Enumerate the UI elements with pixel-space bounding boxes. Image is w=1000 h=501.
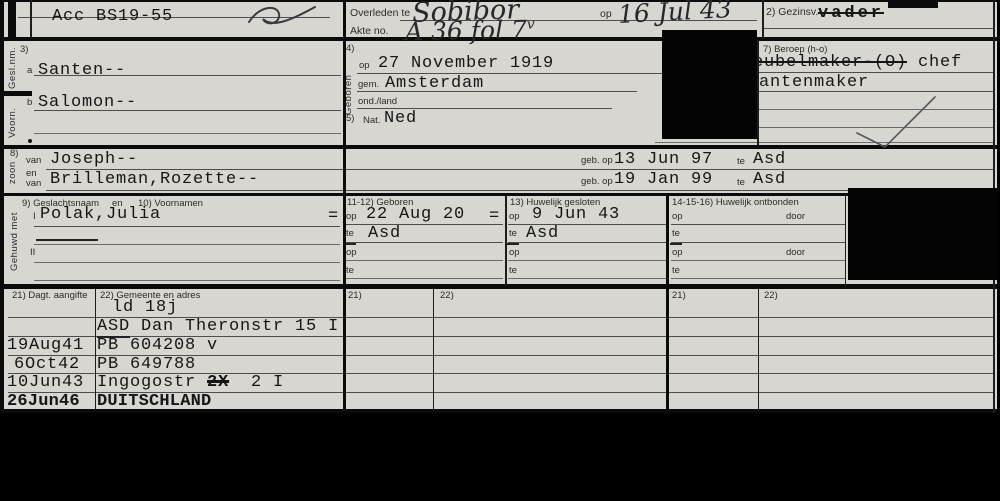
ruled-line	[34, 133, 341, 134]
field-b-label: b	[27, 98, 32, 108]
addr-struck: 2X	[207, 373, 229, 392]
ruled-line	[508, 260, 666, 261]
spouse-birth-date: 22 Aug 20	[366, 206, 465, 223]
surname-value: Santen--	[38, 62, 126, 79]
mother-name: Brilleman,Rozette--	[50, 171, 259, 188]
ruled-line	[34, 262, 340, 263]
op-label: op	[600, 9, 612, 20]
geboren-te-label: te	[346, 229, 354, 239]
divider-marriage-col4	[845, 196, 846, 286]
marriage-date: 9 Jun 43	[532, 206, 620, 223]
gesloten-te-label: te	[509, 229, 517, 239]
card-paper: Acc BS19-55 Overleden te Sobibor op 16 J…	[0, 0, 997, 413]
divider-top-right	[762, 0, 764, 37]
firstname-value: Salomon--	[38, 94, 137, 111]
register-row-addr: ASD Dan Theronstr 15 I	[97, 318, 339, 335]
ruled-line	[345, 278, 503, 279]
ontbonden-op-label: op	[672, 212, 683, 222]
geboren-op-label: op	[346, 212, 357, 222]
corner-mark	[888, 0, 938, 8]
divider-register-1	[95, 289, 96, 409]
ruled-line	[671, 260, 845, 261]
register-row-date: 19Aug41	[7, 337, 84, 354]
ruled-line	[655, 142, 993, 143]
register-header-21b: 21)	[348, 291, 362, 301]
van2-label: van	[26, 179, 41, 189]
field-a-label: a	[27, 66, 32, 76]
ruled-line	[34, 244, 340, 245]
register-row-addr: PB 649788	[97, 356, 196, 373]
ruled-line	[508, 278, 666, 279]
register-header-22b: 22)	[440, 291, 454, 301]
akte-label: Akte no.	[350, 26, 389, 37]
death-date-handwritten: 16 Jul 43	[617, 0, 732, 27]
acc-number: Acc BS19-55	[52, 8, 173, 25]
field3-number: 3)	[20, 45, 28, 55]
left-tick-mark	[4, 91, 32, 96]
geboren-te2-label: te	[346, 266, 354, 276]
border-row4	[0, 284, 997, 289]
ruled-line	[763, 28, 993, 29]
ontbonden-te2-label: te	[672, 266, 680, 276]
register-row-addr: DUITSCHLAND	[97, 393, 211, 410]
akte-number-handwritten: A 36 fol 7v	[405, 17, 535, 44]
te-label-2: te	[737, 178, 745, 188]
redaction-box-2	[848, 188, 997, 280]
addr-underlined: ASD	[97, 317, 130, 338]
birth-date-value: 27 November 1919	[378, 55, 554, 72]
pen-tick	[670, 243, 682, 245]
register-row-date: 26Jun46	[7, 393, 80, 410]
register-header-date: 21) Dagt. aangifte	[12, 291, 88, 301]
ruled-line	[345, 260, 503, 261]
gezinsv-value-struck: vader	[818, 5, 884, 22]
gehuwd-met-side-label: Gehuwd met	[9, 200, 20, 284]
spouse-birth-place: Asd	[368, 225, 401, 242]
handwritten-flourish-icon	[245, 2, 320, 30]
gesloten-te2-label: te	[509, 266, 517, 276]
binding-mark	[8, 1, 16, 37]
ruled-line	[34, 280, 340, 281]
ruled-line	[671, 224, 845, 225]
register-row-addr: Ingogostr 2X 2 I	[97, 374, 284, 391]
ruled-line	[671, 278, 845, 279]
zoon-side-label: zoon	[7, 153, 18, 193]
nationality-value: Ned	[384, 110, 417, 127]
geb-op-label-1: geb. op	[581, 156, 613, 166]
divider-marriage-col3	[666, 193, 669, 409]
father-birth-place: Asd	[753, 151, 786, 168]
beroep-line2: wantenmaker	[748, 74, 869, 91]
gesloten-op2-label: op	[509, 248, 520, 258]
beroep-struck: meubelmaker-(O)	[742, 53, 907, 72]
beroep-after: chef	[907, 53, 962, 72]
divider-register-3	[758, 289, 759, 409]
header-14-16-huwelijk-ontbonden: 14-15-16) Huwelijk ontbonden	[672, 198, 799, 208]
pen-dash	[36, 239, 98, 241]
handwritten-checkmark-icon	[855, 95, 940, 150]
punch-dot	[28, 139, 32, 143]
row2-marker: II	[30, 248, 35, 258]
row1-marker: I	[33, 212, 36, 222]
divider-register-2	[433, 289, 434, 409]
gem-label: gem.	[358, 80, 379, 90]
ontbonden-op2-label: op	[672, 248, 683, 258]
geb-op-label-2: geb. op	[581, 177, 613, 187]
spouse-name: Polak,Julia	[40, 206, 161, 223]
divider-beroep	[757, 40, 759, 145]
field5-number: 5)	[346, 114, 354, 124]
register-row-addr: ld 18j	[112, 299, 178, 316]
ond-land-label: ond./land	[358, 97, 397, 107]
beroep-line1: meubelmaker-(O) chef	[742, 54, 962, 71]
register-row-addr: PB 604208 v	[97, 337, 218, 354]
birth-place-value: Amsterdam	[385, 75, 484, 92]
mother-birth-date: 19 Jan 99	[614, 171, 713, 188]
van1-label: van	[26, 156, 41, 166]
register-header-21c: 21)	[672, 291, 686, 301]
field4-number: 4)	[346, 44, 354, 54]
gesloten-op-label: op	[509, 212, 520, 222]
gezinsv-label: 2) Gezinsv.	[766, 7, 818, 18]
overleden-label: Overleden te	[350, 8, 410, 19]
border-row2	[0, 145, 997, 149]
voorn-side-label: Voorn.	[7, 98, 18, 148]
ontbonden-door-label: door	[786, 212, 805, 222]
divider-marriage-col2	[505, 196, 507, 286]
register-header-22c: 22)	[764, 291, 778, 301]
redaction-box-1	[662, 30, 757, 139]
pen-tick	[507, 243, 519, 245]
divider-acc-cell	[30, 0, 32, 37]
register-row-date: 6Oct42	[14, 356, 80, 373]
border-left-edge	[0, 0, 4, 413]
birth-op-label: op	[359, 61, 370, 71]
geslnm-side-label: Gesl.nm.	[7, 45, 18, 91]
ruled-line	[671, 242, 845, 243]
ruled-line	[34, 226, 340, 227]
te-label-1: te	[737, 157, 745, 167]
border-bottom	[0, 409, 997, 413]
geboren-equals: =	[489, 208, 500, 225]
nat-label: Nat.	[363, 116, 380, 126]
father-birth-date: 13 Jun 97	[614, 151, 713, 168]
ontbonden-te-label: te	[672, 229, 680, 239]
father-name: Joseph--	[50, 151, 138, 168]
scanned-registration-card: Acc BS19-55 Overleden te Sobibor op 16 J…	[0, 0, 1000, 501]
geboren-op2-label: op	[346, 248, 357, 258]
register-row-date: 10Jun43	[7, 374, 84, 391]
ontbonden-door2-label: door	[786, 248, 805, 258]
divider-main-vertical	[343, 0, 346, 409]
row1-equals: =	[328, 208, 339, 225]
mother-birth-place: Asd	[753, 171, 786, 188]
marriage-place: Asd	[526, 225, 559, 242]
